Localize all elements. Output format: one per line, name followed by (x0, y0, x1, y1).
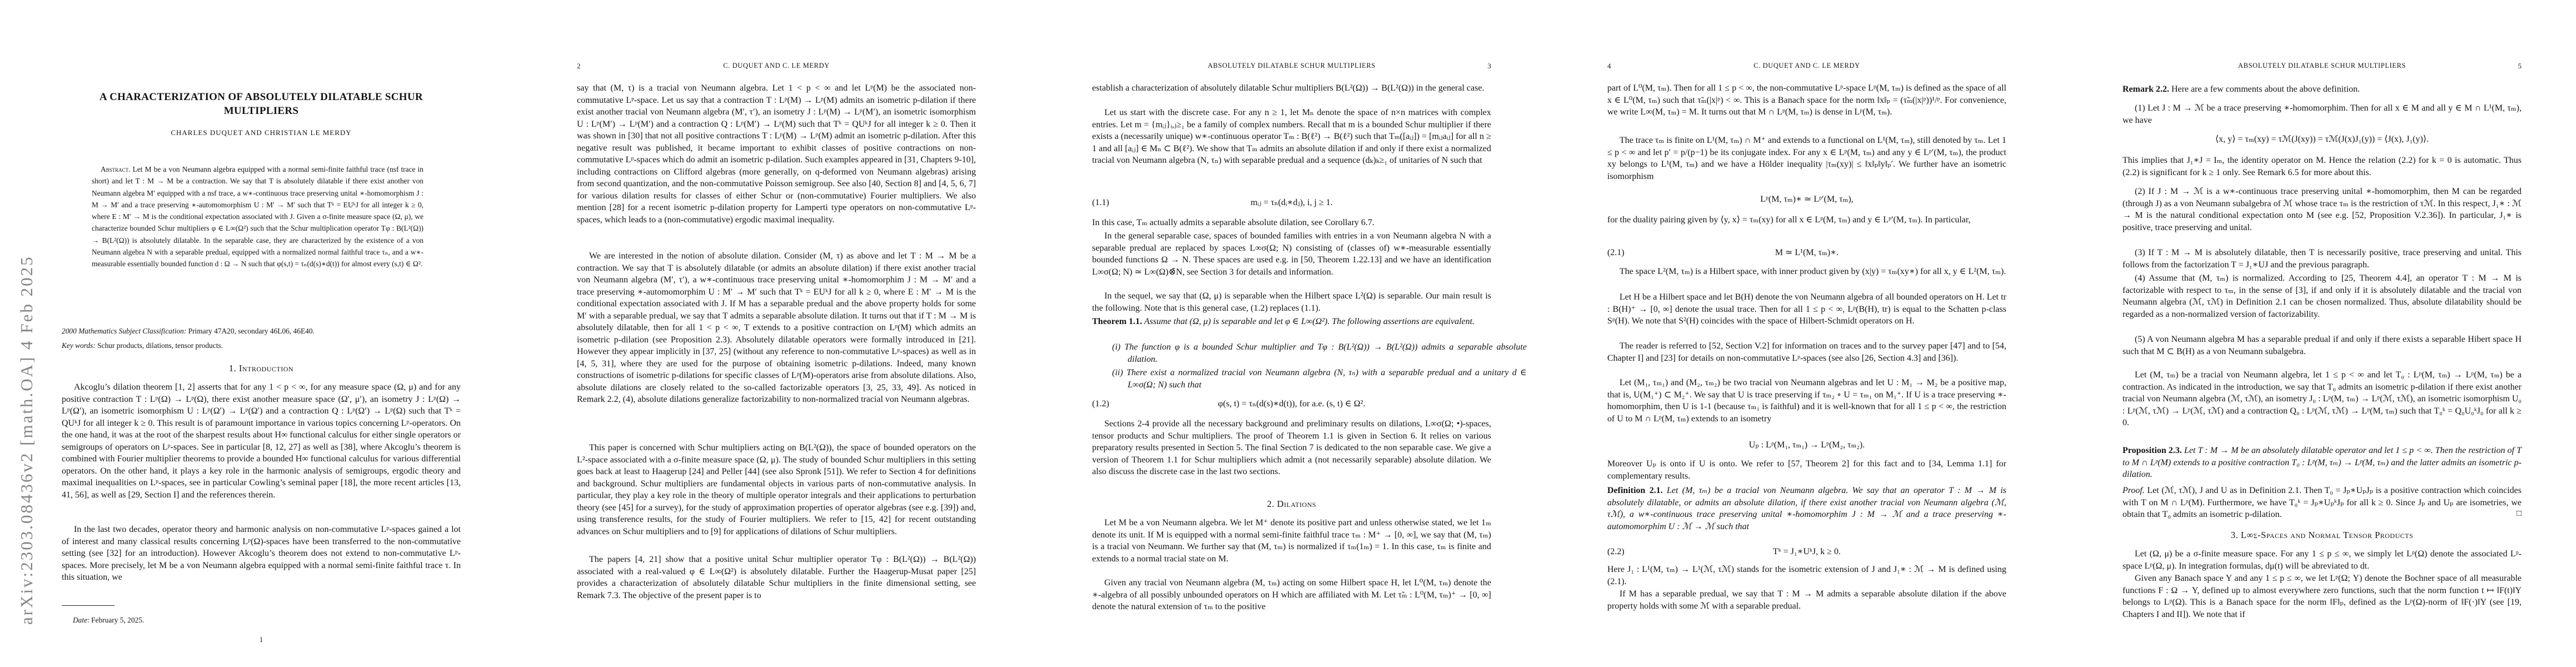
msc-text: Primary 47A20, secondary 46L06, 46E40. (186, 327, 315, 335)
theorem-1-1: Theorem 1.1. Assume that (Ω, μ) is separ… (1092, 316, 1491, 328)
equation-body: mᵢⱼ = τₙ(dᵢ∗dⱼ), i, j ≥ 1. (1250, 198, 1333, 207)
date-text: : February 5, 2025. (87, 616, 144, 624)
equation-1-2: (1.2)φ(s, t) = τₙ(d(s)∗d(t)), for a.e. (… (1092, 398, 1491, 410)
equation-body: Uₚ : Lᵖ(M₁, τₘ₁) → Lᵖ(M₂, τₘ₂). (1749, 440, 1865, 450)
abstract-label: Abstract. (92, 163, 131, 175)
paragraph: part of L⁰(M, τₘ). Then for all 1 ≤ p < … (1607, 82, 2006, 118)
equation-body: φ(s, t) = τₙ(d(s)∗d(t)), for a.e. (s, t)… (1218, 399, 1365, 409)
running-head-title: C. DUQUET AND C. LE MERDY (1607, 60, 2006, 72)
equation-number: (1.2) (1092, 398, 1109, 410)
proof-label: Proof. (2122, 486, 2145, 495)
paragraph: The space L²(M, τₘ) is a Hilbert space, … (1607, 266, 2006, 278)
paragraph: This implies that J₁∗J = Iₘ, the identit… (2122, 155, 2522, 178)
page-number: 1 (62, 634, 461, 646)
definition-2-1: Definition 2.1. Let (M, τₘ) be a tracial… (1607, 485, 2006, 532)
paragraph: Let (M₁, τₘ₁) and (M₂, τₘ₂) be two traci… (1607, 377, 2006, 425)
paragraph: Let (M, τₘ) be a tracial von Neumann alg… (2122, 369, 2522, 429)
paragraph: In the sequel, we say that (Ω, μ) is sep… (1092, 290, 1491, 314)
equation-body: Tᵏ = J₁∗UᵏJ, k ≥ 0. (1773, 547, 1841, 556)
page-number: 5 (2518, 60, 2522, 72)
keywords-line: Key words: Schur products, dilations, te… (62, 340, 461, 351)
equation-body: Lᵖ(M, τₘ)∗ ≃ Lᵖ′(M, τₘ), (1760, 195, 1853, 204)
paragraph: The reader is referred to [52, Section V… (1607, 340, 2006, 364)
paragraph: In the general separable case, spaces of… (1092, 230, 1491, 278)
page-number: 3 (1488, 60, 1492, 72)
remark-label: Remark 2.2. (2122, 84, 2169, 94)
proof-text: Let (ℳ, τℳ), J and U as in Definition 2.… (2122, 486, 2522, 519)
abstract: Abstract. Let M be a von Neumann algebra… (92, 163, 423, 270)
paragraph: Let (Ω, μ) be a σ-finite measure space. … (2122, 548, 2522, 572)
theorem-item-ii: (ii) There exist a normalized tracial vo… (1092, 367, 1527, 391)
paragraph: The papers [4, 21] show that a positive … (577, 554, 976, 601)
equation-pairing: ⟨x, y⟩ = τₘ(xy) = τℳ(J(xy)) = τℳ(J(x)J₁(… (2122, 133, 2522, 146)
equation-body: M ≃ L¹(M, τₘ)∗. (1775, 248, 1838, 257)
keywords-text: Schur products, dilations, tensor produc… (96, 341, 223, 350)
equation-body: ⟨x, y⟩ = τₘ(xy) = τℳ(J(xy)) = τℳ(J(x)J₁(… (2215, 135, 2429, 144)
remark-item-2: (2) If J : M → ℳ is a w∗-continuous trac… (2122, 186, 2522, 233)
equation-1-1: (1.1)mᵢⱼ = τₙ(dᵢ∗dⱼ), i, j ≥ 1. (1092, 197, 1491, 209)
page-4: 4C. DUQUET AND C. LE MERDY part of L⁰(M,… (1546, 0, 2061, 667)
running-head: 2C. DUQUET AND C. LE MERDY (577, 60, 976, 72)
proposition-text: Let T : M → M be an absolutely dilatable… (2122, 446, 2522, 479)
msc-line: 2000 Mathematics Subject Classification:… (62, 326, 461, 337)
remark-item-4: (4) Assume that (M, τₘ) is normalized. A… (2122, 272, 2522, 320)
theorem-label: Theorem 1.1. (1092, 317, 1142, 326)
msc-label: 2000 Mathematics Subject Classification: (62, 327, 186, 335)
date-line: Date: February 5, 2025. (73, 615, 461, 626)
paragraph: Let M be a von Neumann algebra. We let M… (1092, 517, 1491, 565)
paragraph: Here J₁ : L¹(M, τₘ) → L¹(ℳ, τℳ) stands f… (1607, 564, 2006, 588)
abstract-text: Let M be a von Neumann algebra equipped … (92, 165, 423, 268)
section-heading-linfty-spaces: 3. L∞σ-Spaces and Normal Tensor Products (2122, 529, 2522, 541)
paragraph: Given any Banach space Y and any 1 ≤ p ≤… (2122, 573, 2522, 620)
proposition-label: Proposition 2.3. (2122, 446, 2182, 455)
running-head: ABSOLUTELY DILATABLE SCHUR MULTIPLIERS3 (1092, 60, 1491, 72)
remark-item-3: (3) If T : M → M is absolutely dilatable… (2122, 247, 2522, 271)
section-heading-introduction: 1. Introduction (62, 362, 461, 375)
running-head: 4C. DUQUET AND C. LE MERDY (1607, 60, 2006, 72)
equation-number: (2.2) (1607, 546, 1625, 558)
paragraph: The trace τₘ is finite on L¹(M, τₘ) ∩ M⁺… (1607, 135, 2006, 182)
paragraph: for the duality pairing given by ⟨y, x⟩ … (1607, 214, 2006, 226)
equation-number: (2.1) (1607, 247, 1625, 259)
page-number: 4 (1607, 60, 1611, 72)
paragraph: Let us start with the discrete case. For… (1092, 107, 1491, 167)
theorem-item-i: (i) The function φ is a bounded Schur mu… (1092, 341, 1527, 365)
paper-title-line2: MULTIPLIERS (62, 104, 461, 118)
paragraph: We are interested in the notion of absol… (577, 250, 976, 406)
remark-item-5: (5) A von Neumann algebra M has a separa… (2122, 333, 2522, 357)
proof: Proof. Let (ℳ, τℳ), J and U as in Defini… (2122, 485, 2522, 521)
page-2: 2C. DUQUET AND C. LE MERDY say that (M, … (515, 0, 1030, 667)
page-3: ABSOLUTELY DILATABLE SCHUR MULTIPLIERS3 … (1030, 0, 1546, 667)
running-head-title: ABSOLUTELY DILATABLE SCHUR MULTIPLIERS (1092, 60, 1491, 72)
equation-number: (1.1) (1092, 197, 1109, 209)
definition-text: Let (M, τₘ) be a tracial von Neumann alg… (1607, 486, 2006, 531)
equation-duality: Lᵖ(M, τₘ)∗ ≃ Lᵖ′(M, τₘ), (1607, 193, 2006, 206)
paragraph: Given any tracial von Neumann algebra (M… (1092, 577, 1491, 613)
running-head-title: C. DUQUET AND C. LE MERDY (577, 60, 976, 72)
paragraph: Sections 2-4 provide all the necessary b… (1092, 418, 1491, 478)
paper-title-line1: A CHARACTERIZATION OF ABSOLUTELY DILATAB… (62, 90, 461, 104)
date-label: Date (73, 616, 87, 624)
page-5: ABSOLUTELY DILATABLE SCHUR MULTIPLIERS5 … (2061, 0, 2576, 667)
footnote-rule (62, 605, 114, 606)
section-heading-dilations: 2. Dilations (1092, 498, 1491, 510)
paragraph: In the last two decades, operator theory… (62, 524, 461, 584)
qed-symbol: □ (2517, 508, 2522, 520)
running-head: ABSOLUTELY DILATABLE SCHUR MULTIPLIERS5 (2122, 60, 2522, 72)
page-1: arXiv:2303.08436v2 [math.OA] 4 Feb 2025 … (0, 0, 515, 667)
definition-label: Definition 2.1. (1607, 486, 1663, 495)
page-number: 2 (577, 60, 581, 72)
remark-2-2: Remark 2.2. Here are a few comments abou… (2122, 83, 2522, 96)
paragraph: Moreover Uₚ is onto if U is onto. We ref… (1607, 458, 2006, 482)
equation-2-1: (2.1)M ≃ L¹(M, τₘ)∗. (1607, 247, 2006, 259)
paper-spread: arXiv:2303.08436v2 [math.OA] 4 Feb 2025 … (0, 0, 2576, 667)
remark-text: Here are a few comments about the above … (2169, 84, 2360, 94)
equation-2-2: (2.2)Tᵏ = J₁∗UᵏJ, k ≥ 0. (1607, 546, 2006, 558)
paragraph: Akcoglu’s dilation theorem [1, 2] assert… (62, 381, 461, 501)
arxiv-stamp: arXiv:2303.08436v2 [math.OA] 4 Feb 2025 (12, 130, 41, 625)
remark-item-1: (1) Let J : M → ℳ be a trace preserving … (2122, 102, 2522, 126)
paragraph: say that (M, τ) is a tracial von Neumann… (577, 82, 976, 226)
keywords-label: Key words: (62, 341, 96, 350)
theorem-text: Assume that (Ω, μ) is separable and let … (1142, 317, 1474, 326)
paragraph: In this case, Tₘ actually admits a separ… (1092, 217, 1491, 229)
paragraph: This paper is concerned with Schur multi… (577, 442, 976, 537)
equation-isometry: Uₚ : Lᵖ(M₁, τₘ₁) → Lᵖ(M₂, τₘ₂). (1607, 439, 2006, 451)
paragraph: Let H be a Hilbert space and let B(H) de… (1607, 291, 2006, 327)
proposition-2-3: Proposition 2.3. Let T : M → M be an abs… (2122, 445, 2522, 481)
running-head-title: ABSOLUTELY DILATABLE SCHUR MULTIPLIERS (2122, 60, 2522, 72)
paragraph: establish a characterization of absolute… (1092, 82, 1491, 94)
authors: CHARLES DUQUET AND CHRISTIAN LE MERDY (62, 127, 461, 139)
paragraph: If M has a separable predual, we say tha… (1607, 588, 2006, 612)
